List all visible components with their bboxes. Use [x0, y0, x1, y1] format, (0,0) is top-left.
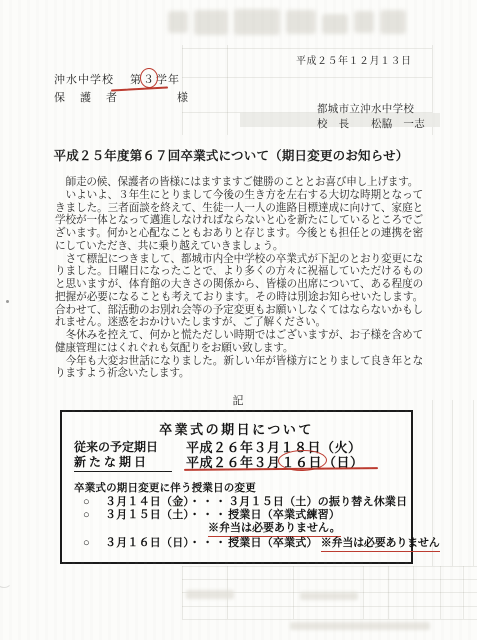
bleed-text-ghost — [186, 590, 234, 599]
red-underline-annotation — [111, 87, 168, 92]
item-date: ３月１５日（土） — [105, 509, 189, 521]
scan-speck — [6, 300, 9, 303]
bleed-table-line — [413, 566, 414, 619]
issue-date: 平成２５年１２月１３日 — [296, 52, 412, 67]
circle-bullet-icon: ○ — [83, 537, 96, 549]
bleed-table-line — [452, 400, 453, 566]
addressee-line: 沖水中学校第３学年 — [54, 71, 180, 87]
letter-body: 師走の候、保護者の皆様にはますますご健勝のこととお喜び申し上げます。 いよいよ、… — [55, 177, 423, 381]
item-date: ３月１６日（日） — [105, 537, 189, 549]
bleed-table-line — [388, 566, 389, 619]
bleed-table-line — [227, 45, 228, 135]
bleed-table-line — [182, 77, 432, 78]
sender-school: 都城市立沖水中学校 — [317, 101, 414, 116]
paragraph: 冬休みを控えて、何かと慌ただしい時期ではございますが、お子様を含めて健康管理には… — [55, 330, 423, 356]
lunch-note: ※弁当は必要ありません — [321, 534, 440, 552]
scanned-letter-page: 平成２５年１２月１３日 沖水中学校第３学年 保 護 者 様 都城市立沖水中学校 … — [0, 0, 477, 640]
bleed-text-ghost — [300, 592, 358, 600]
new-date-label: 新 た な 期 日 — [74, 453, 172, 472]
bleed-table-line — [182, 566, 183, 619]
bleed-table-line — [293, 566, 294, 619]
paragraph: さて標記につきまして、都城市内全中学校の卒業式が下記のとおり変更になりました。日… — [55, 254, 423, 331]
item-dots: ・・・ — [189, 537, 228, 549]
grade-suffix: 学年 — [156, 74, 180, 86]
bleed-table-line — [182, 48, 432, 49]
bleed-through-headline — [168, 5, 426, 39]
circle-bullet-icon: ○ — [83, 509, 96, 521]
honorific: 様 — [177, 89, 188, 105]
sender-principal: 校 長 松脇 一志 — [317, 116, 425, 131]
scan-mark — [0, 574, 12, 588]
schedule-item: ○３月１６日（日）・・・授業日（卒業式）※弁当は必要ありません — [83, 534, 440, 552]
paragraph: 師走の候、保護者の皆様にはますますご健勝のこととお喜び申し上げます。 — [55, 177, 423, 190]
bleed-table-line — [182, 619, 477, 620]
notation-ki: 記 — [0, 392, 477, 408]
paragraph: いよいよ、３年生にとりまして今後の生き方を左右する大切な時期となってきました。三… — [55, 190, 423, 254]
bleed-table-line — [363, 566, 364, 619]
addressee-parent-label: 保 護 者 — [54, 89, 119, 105]
bleed-table-line — [463, 566, 464, 619]
item-desc: 授業日（卒業式） — [228, 537, 318, 549]
addressee-school: 沖水中学校 — [54, 74, 114, 86]
document-title: 平成２５年度第６７回卒業式について（期日変更のお知らせ） — [0, 146, 462, 164]
bleed-text-ghost — [290, 622, 430, 630]
bleed-table-line — [440, 566, 441, 619]
paragraph: 今年も大変お世話になりました。新しい年が皆様方にとりまして良き年となりますよう祈… — [55, 356, 423, 382]
box-heading: 卒業式の期日について — [62, 419, 411, 438]
red-circle-annotation — [140, 68, 159, 89]
notice-box: 卒業式の期日について 従来の予定期日 平成２６年３月１８日（火） 新 た な 期… — [60, 410, 413, 564]
bleed-table-line — [473, 400, 474, 566]
grade-number: ３ — [142, 71, 156, 87]
